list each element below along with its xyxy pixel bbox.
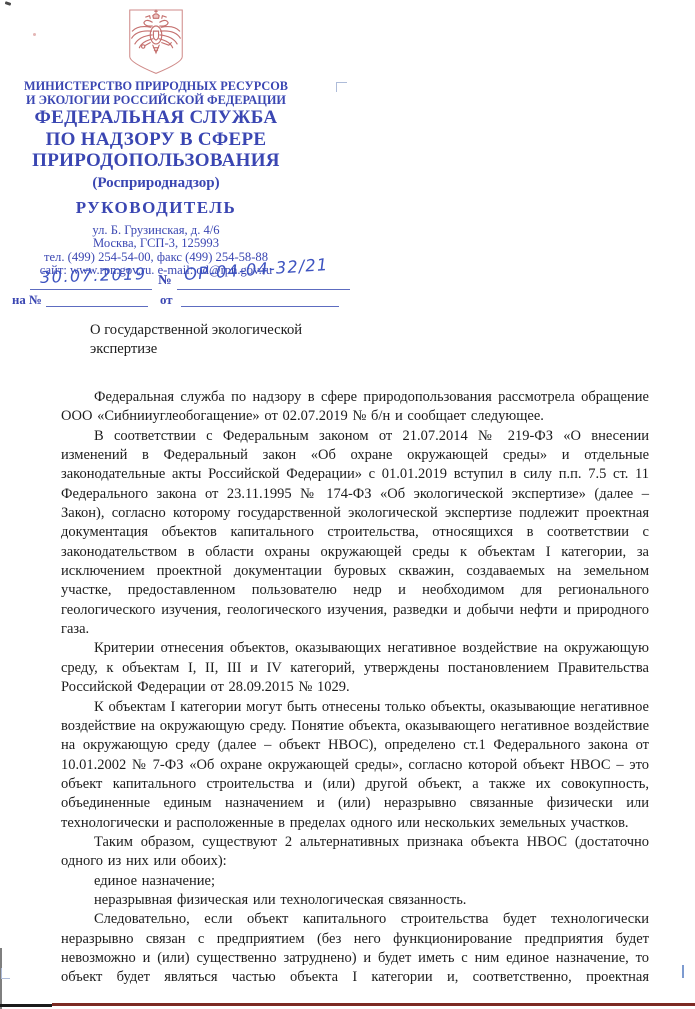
letterhead: МИНИСТЕРСТВО ПРИРОДНЫХ РЕСУРСОВ И ЭКОЛОГ…: [8, 8, 304, 278]
text-boundary-corner-mark: [676, 965, 684, 978]
body-paragraph: Критерии отнесения объектов, оказывающих…: [61, 639, 649, 697]
subject-line2: экспертизе: [90, 340, 302, 359]
number-sign: №: [158, 272, 172, 288]
ministry-name-line1: МИНИСТЕРСТВО ПРИРОДНЫХ РЕСУРСОВ: [8, 80, 304, 94]
incoming-date-underline: [181, 306, 339, 307]
incoming-number-underline: [46, 306, 148, 307]
scanned-letter-page: МИНИСТЕРСТВО ПРИРОДНЫХ РЕСУРСОВ И ЭКОЛОГ…: [0, 0, 695, 1009]
date-underline: [30, 289, 152, 290]
subject-block: О государственной экологической эксперти…: [90, 321, 302, 359]
ministry-name-line2: И ЭКОЛОГИИ РОССИЙСКОЙ ФЕДЕРАЦИИ: [8, 94, 304, 108]
body-paragraph: неразрывная физическая или технологическ…: [61, 891, 649, 910]
body-paragraph: В соответствии с Федеральным законом от …: [61, 427, 649, 640]
service-short-name: (Росприроднадзор): [8, 174, 304, 192]
service-name-line2: ПО НАДЗОРУ В СФЕРЕ: [8, 129, 304, 151]
page-cut-line-red: [52, 1003, 695, 1006]
scan-speck: [5, 1, 12, 6]
service-name-line3: ПРИРОДОПОЛЬЗОВАНИЯ: [8, 150, 304, 172]
text-boundary-corner-mark: [336, 82, 347, 92]
page-cut-line-dark: [0, 1004, 52, 1007]
body-paragraph: К объектам I категории могут быть отнесе…: [61, 698, 649, 833]
russia-coat-of-arms-icon: [124, 8, 188, 76]
letter-body: Федеральная служба по надзору в сфере пр…: [61, 388, 649, 988]
incoming-number-label: на №: [12, 293, 42, 308]
service-name-line1: ФЕДЕРАЛЬНАЯ СЛУЖБА: [8, 107, 304, 129]
address-city: Москва, ГСП-3, 125993: [8, 237, 304, 251]
text-boundary-corner-mark: [1, 968, 10, 979]
incoming-from-label: от: [160, 293, 173, 308]
number-underline: [177, 289, 350, 290]
subject-line1: О государственной экологической: [90, 321, 302, 340]
body-paragraph: Федеральная служба по надзору в сфере пр…: [61, 388, 649, 427]
body-paragraph: Следовательно, если объект капитального …: [61, 910, 649, 987]
address-street: ул. Б. Грузинская, д. 4/6: [8, 224, 304, 238]
signer-position: РУКОВОДИТЕЛЬ: [8, 198, 304, 218]
handwritten-outgoing-date: 30.07.2019: [40, 264, 147, 287]
body-paragraph: Таким образом, существуют 2 альтернативн…: [61, 833, 649, 872]
body-paragraph: единое назначение;: [61, 872, 649, 891]
